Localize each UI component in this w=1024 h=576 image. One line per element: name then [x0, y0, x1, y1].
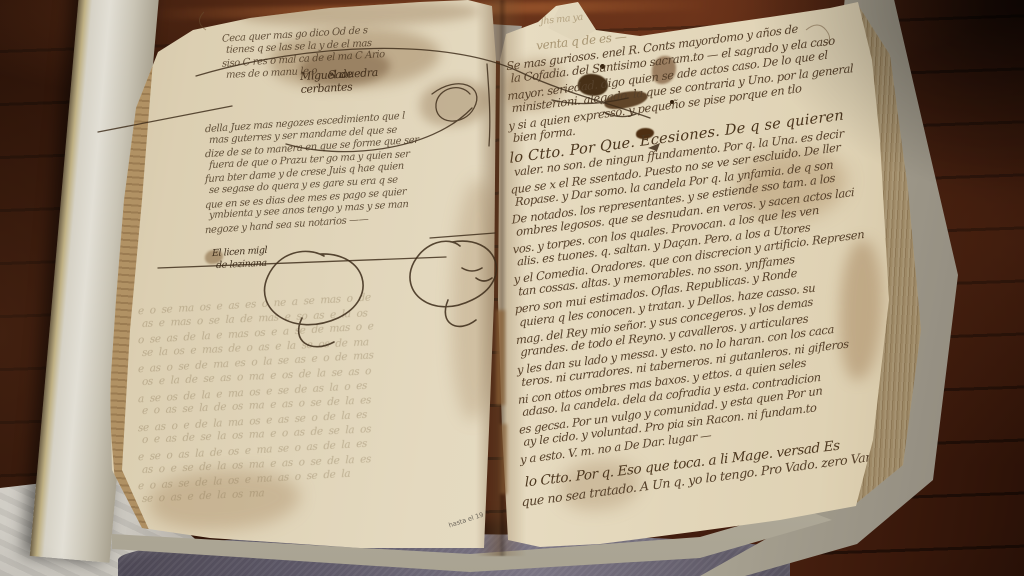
attestation-note: El licen miglde lezinana — [212, 239, 352, 272]
left-page-main-paragraph: della Juez mas negozes escedimiento que … — [205, 105, 505, 237]
photograph-manuscript-scene: Ceca quer mas go dico Od de stienes q se… — [0, 0, 1024, 576]
right-page-text-block: Se mas guriosos. enel R. Conts mayordomo… — [506, 10, 914, 509]
gutter-glue-mark — [496, 310, 505, 405]
gutter-glue-mark — [500, 424, 507, 494]
signature-name-line: Miguel de cerbantes — [300, 66, 379, 96]
ink-bleedthrough-text: e o se ma os e as es o ne a se mas o dea… — [138, 285, 483, 507]
cervantes-signature: Miguel de cerbantes Saauedra — [300, 66, 378, 83]
